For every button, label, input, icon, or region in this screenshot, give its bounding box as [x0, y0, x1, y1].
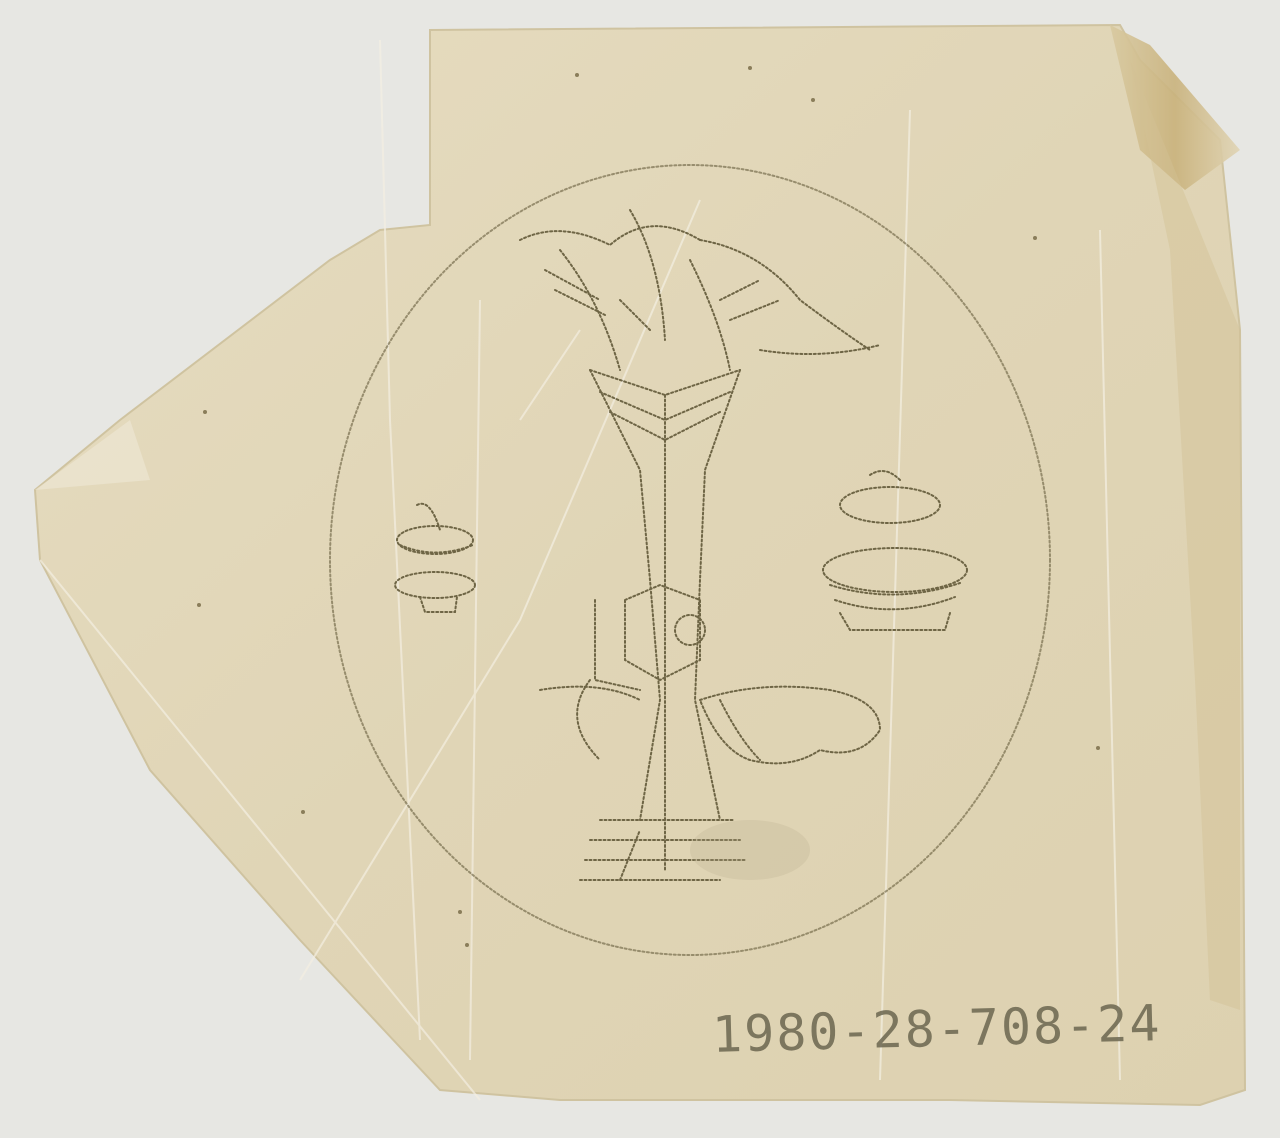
fold-left — [35, 420, 150, 490]
catalog-number-inscription: 1980-28-708-24 — [711, 994, 1162, 1064]
paper-sheet — [35, 25, 1245, 1105]
tracing-paper — [0, 0, 1280, 1138]
smudge — [690, 820, 810, 880]
